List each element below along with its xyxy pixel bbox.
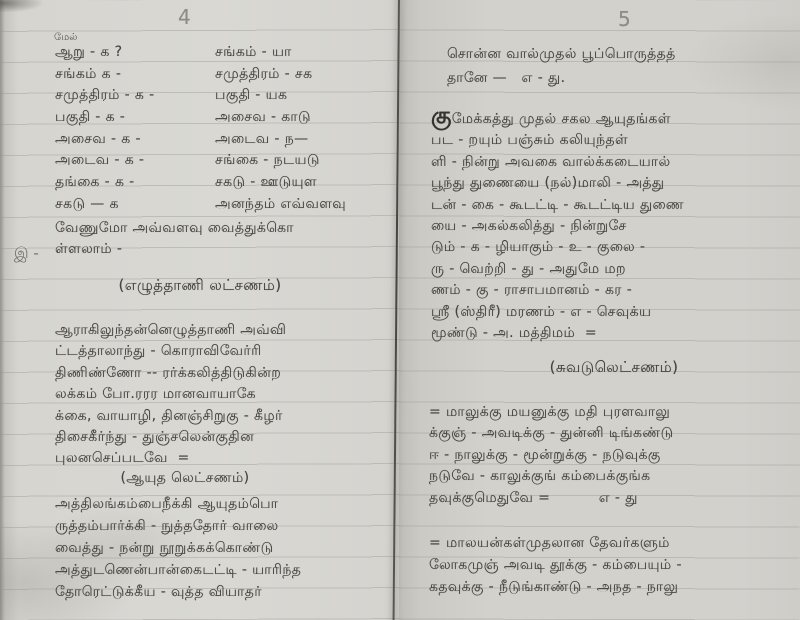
- manuscript-line: புலனசெப்படவே =: [55, 448, 397, 469]
- manuscript-line: நடுவே - காலுக்குங் கம்பைக்குங்க: [429, 466, 797, 487]
- manuscript-line: திசைகீர்ந்து - துஞ்சலென்குதின: [55, 427, 397, 448]
- manuscript-line: ருத்தம்பார்க்கி - நுத்ததோர் வாலை: [55, 515, 400, 537]
- page-number-right: 5: [618, 7, 631, 31]
- manuscript-line: = மாலுக்கு மயனுக்கு மதி புரளவாலு: [429, 402, 797, 423]
- list-continuation: வேணுமோ அவ்வளவு வைத்துக்கொ ள்ளலாம் -: [55, 218, 395, 261]
- manuscript-line: ள்ளலாம் -: [55, 239, 395, 260]
- word-pair-left: அடைவ - க -: [55, 152, 215, 174]
- manuscript-line: தவுக்குமெதுவே = எ - து: [429, 488, 797, 509]
- word-pair-left: அசைவ - க -: [55, 131, 215, 153]
- manuscript-line: மூண்டு - அ. மத்திமம் =: [431, 323, 793, 344]
- section-heading-suvadi: (சுவடுலெட்சணம்): [494, 358, 734, 378]
- closing-paragraph: = மாலயன்கள்முதலான தேவர்களும் லோகமுஞ் அவட…: [429, 532, 797, 598]
- opening-lines: சொன்ன வால்முதல் பூப்பொருத்தத் தானே — எ -…: [447, 42, 787, 90]
- suvadi-paragraph: = மாலுக்கு மயனுக்கு மதி புரளவாலு க்குஞ் …: [429, 402, 797, 509]
- page-right: 5 சொன்ன வால்முதல் பூப்பொருத்தத் தானே — எ…: [399, 0, 800, 620]
- word-row: அசைவ - க - அடைவ - ந—: [55, 131, 390, 153]
- manuscript-line: சொன்ன வால்முதல் பூப்பொருத்தத்: [447, 42, 787, 66]
- word-pair-right: சங்கம் - யா: [215, 44, 390, 66]
- word-pair-right: பகுதி - யக: [215, 87, 390, 109]
- word-list: ஆறு - க ? சங்கம் - யா சங்கம் க - சமுத்தி…: [55, 44, 390, 218]
- word-pair-right: அனந்தம் எவ்வளவு: [215, 196, 390, 218]
- manuscript-line: திணிண்ணோ -- ரர்க்கலித்திடுகின்ற: [55, 363, 397, 384]
- manuscript-line: குமேக்கத்து முதல் சகல ஆயுதங்கள்: [431, 106, 793, 130]
- word-pair-left: சமுத்திரம் - க -: [55, 87, 215, 109]
- manuscript-line: லோகமுஞ் அவடி தூக்கு - கம்பையும் -: [429, 554, 797, 576]
- interline-note: மேல்: [54, 32, 77, 44]
- manuscript-line: தானே — எ - து.: [447, 66, 787, 90]
- word-pair-left: தங்கை - க -: [55, 174, 215, 196]
- manuscript-line: பூந்து துணையை (நல்)மாலி - அத்து: [431, 173, 793, 194]
- word-pair-left: ஆறு - க ?: [55, 44, 215, 66]
- manuscript-scan: 4 மேல் ஆறு - க ? சங்கம் - யா சங்கம் க - …: [0, 0, 800, 620]
- word-pair-left: சகடு — க: [55, 196, 215, 218]
- manuscript-line: யை - அகல்கலித்து - நின்றுசே: [431, 216, 793, 237]
- weapon-paragraph: அத்திலங்கம்பைநீக்கி ஆயுதம்பொ ருத்தம்பார்…: [55, 493, 400, 603]
- manuscript-line: ஸ்ரீ (ஸ்திரீ) மரணம் - எ - செவுக்ய: [431, 302, 793, 323]
- word-row: சங்கம் க - சமுத்திரம் - சக: [55, 66, 390, 88]
- manuscript-line: ணம் - கு - ராசாபமானம் - கர -: [431, 280, 793, 301]
- word-pair-right: சங்கை - நடயடு: [215, 152, 390, 174]
- word-pair-left: பகுதி - க -: [55, 109, 215, 131]
- page-left: 4 மேல் ஆறு - க ? சங்கம் - யா சங்கம் க - …: [0, 0, 399, 620]
- manuscript-line: ஆராகிலுந்தன்னெழுத்தாணி அவ்வி: [55, 320, 397, 341]
- manuscript-line: க்கை, வாயாழி, தினஞ்சிறுகு - கீழர்: [55, 406, 397, 427]
- manuscript-line: = மாலயன்கள்முதலான தேவர்களும்: [429, 532, 797, 554]
- word-pair-right: சகடு - ஊடுயுள: [215, 174, 390, 196]
- pillaiyar-suzhi-mark: இ -: [14, 244, 39, 264]
- manuscript-line: ஈ - நாலுக்கு - மூன்றுக்கு - நடுவுக்கு: [429, 445, 797, 466]
- word-row: ஆறு - க ? சங்கம் - யா: [55, 44, 390, 66]
- manuscript-line: ட்டத்தாலாந்து - கொராவிவேர்ரி: [55, 341, 397, 362]
- stylus-paragraph: ஆராகிலுந்தன்னெழுத்தாணி அவ்வி ட்டத்தாலாந்…: [55, 320, 397, 470]
- manuscript-line: ரு - வெற்றி - து - அதுமே மற: [431, 259, 793, 280]
- manuscript-line: தோரெட்டுக்கீய - வுத்த வியாதர்: [55, 581, 400, 603]
- word-row: அடைவ - க - சங்கை - நடயடு: [55, 152, 390, 174]
- manuscript-line: அத்துடணென்பான்கைடட்டி - யாரிந்த: [55, 559, 400, 581]
- manuscript-line: டும் - க - ழியாகும் - உ - குலை -: [431, 237, 793, 258]
- word-row: சமுத்திரம் - க - பகுதி - யக: [55, 87, 390, 109]
- ayudha-usage-paragraph: குமேக்கத்து முதல் சகல ஆயுதங்கள் பட - றயு…: [431, 106, 793, 344]
- word-pair-left: சங்கம் க -: [55, 66, 215, 88]
- section-heading-stylus: (எழுத்தாணி லட்சணம்): [55, 276, 345, 296]
- manuscript-line: வேணுமோ அவ்வளவு வைத்துக்கொ: [55, 218, 395, 239]
- word-pair-right: சமுத்திரம் - சக: [215, 66, 390, 88]
- manuscript-line: லக்கம் போ.ரரர மானவாயாகே: [55, 384, 397, 405]
- manuscript-line: பட - றயும் பஞ்சும் கலியுந்தள்: [431, 130, 793, 151]
- manuscript-line: கதவுக்கு - நீடுங்காண்டு - அநத - நாலு: [429, 576, 797, 598]
- word-row: சகடு — க அனந்தம் எவ்வளவு: [55, 196, 390, 218]
- word-row: தங்கை - க - சகடு - ஊடுயுள: [55, 174, 390, 196]
- manuscript-line: ளி - நின்று அவகை வால்க்கடையால்: [431, 152, 793, 173]
- manuscript-line: வைத்து - நன்று நூறுக்கக்கொண்டு: [55, 537, 400, 559]
- manuscript-line: டன் - கை - கூடட்டி - கூடட்டிய துணை: [431, 195, 793, 216]
- manuscript-line: க்குஞ் - அவடிக்கு - துன்னி டிங்கண்டு: [429, 423, 797, 444]
- word-pair-right: அசைவ - காடு: [215, 109, 390, 131]
- page-number-left: 4: [178, 5, 191, 29]
- word-pair-right: அடைவ - ந—: [215, 131, 390, 153]
- manuscript-line: அத்திலங்கம்பைநீக்கி ஆயுதம்பொ: [55, 493, 400, 515]
- word-row: பகுதி - க - அசைவ - காடு: [55, 109, 390, 131]
- section-heading-weapon: (ஆயுத லெட்சணம்): [60, 470, 310, 488]
